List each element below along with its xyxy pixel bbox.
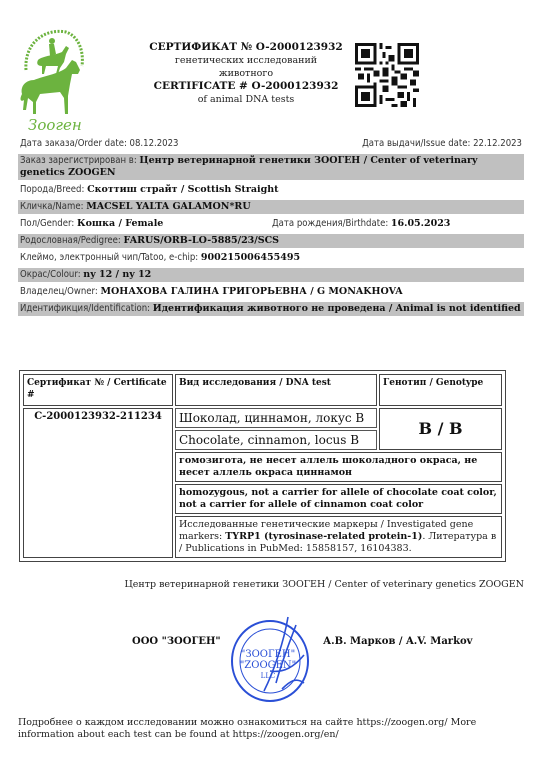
header-genotype: Генотип / Genotype (379, 374, 502, 406)
header-certificate: Сертификат № / Certificate # (23, 374, 173, 406)
certificate-subtitle-ru-1: генетических исследований (140, 54, 352, 67)
owner-label: Владелец/Owner: (20, 286, 101, 297)
order-date-label: Дата заказа/Order date: (20, 138, 130, 149)
header-dna-test: Вид исследования / DNA test (175, 374, 377, 406)
issue-date-value: 22.12.2023 (473, 138, 522, 149)
identification-row: Идентификция/Identification: Идентификац… (18, 302, 524, 316)
pedigree-label: Родословная/Pedigree: (20, 235, 124, 246)
breed-label: Порода/Breed: (20, 184, 87, 195)
birthdate-label: Дата рождения/Birthdate: (272, 218, 391, 229)
certificate-title-block: СЕРТИФИКАТ № O-2000123932 генетических и… (140, 41, 352, 106)
markers-info: Исследованные генетические маркеры / Inv… (175, 516, 502, 558)
issuing-center: Центр ветеринарной генетики ЗООГЕН / Cen… (124, 579, 524, 590)
owner-row: Владелец/Owner: МОНАХОВА ГАЛИНА ГРИГОРЬЕ… (18, 285, 524, 299)
gender-birth-row: Пол/Gender: Кошка / Female Дата рождения… (18, 217, 524, 231)
svg-text:Зooген: Зooген (28, 116, 82, 134)
birthdate: Дата рождения/Birthdate: 16.05.2023 (272, 218, 450, 230)
dna-test-table: Сертификат № / Certificate # Вид исследо… (19, 370, 506, 562)
colour-label: Окрас/Colour: (20, 269, 83, 280)
company-stamp-icon: "ЗООГЕН" "ZOOGEN" LLC (224, 611, 320, 707)
certificate-subtitle-en: of animal DNA tests (140, 93, 352, 106)
pedigree-row: Родословная/Pedigree: FARUS/ORB-LO-5885/… (18, 234, 524, 248)
issue-date-label: Дата выдачи/Issue date: (362, 138, 473, 149)
chip-row: Клеймо, электронный чип/Tatoo, e-chip: 9… (18, 251, 524, 265)
markers-gene: TYRP1 (tyrosinase-related protein-1) (225, 531, 422, 542)
svg-text:LLC: LLC (261, 672, 276, 680)
certificate-title-ru: СЕРТИФИКАТ № O-2000123932 (140, 41, 352, 54)
table-row: C-2000123932-211234 Шоколад, циннамон, л… (23, 408, 502, 428)
chip-label: Клеймо, электронный чип/Tatoo, e-chip: (20, 252, 201, 263)
certificate-header: Зooген СЕРТИФИКАТ № O-2000123932 генетич… (0, 0, 546, 136)
order-date-value: 08.12.2023 (130, 138, 179, 149)
zoogen-logo-icon: Зooген (16, 22, 86, 134)
name-value: MACSEL YALTA GALAMON*RU (86, 201, 250, 212)
name-label: Кличка/Name: (20, 201, 86, 212)
owner-value: МОНАХОВА ГАЛИНА ГРИГОРЬЕВНА / G MONAKHOV… (101, 286, 403, 297)
gender: Пол/Gender: Кошка / Female (20, 218, 272, 230)
test-name-ru: Шоколад, циннамон, локус B (175, 408, 377, 428)
gender-label: Пол/Gender: (20, 218, 77, 229)
colour-row: Окрас/Colour: ny 12 / ny 12 (18, 268, 524, 282)
dates-row: Дата заказа/Order date: 08.12.2023 Дата … (18, 137, 524, 151)
certificate-subtitle-ru-2: животного (140, 67, 352, 80)
gender-value: Кошка / Female (77, 218, 163, 229)
result-en: homozygous, not a carrier for allele of … (175, 484, 502, 514)
footer-more-info: Подробнее о каждом исследовании можно оз… (18, 717, 518, 741)
company-name: ООО "ЗООГЕН" (132, 636, 221, 647)
qr-code-icon[interactable] (355, 42, 419, 108)
pedigree-value: FARUS/ORB-LO-5885/23/SCS (124, 235, 280, 246)
birthdate-value: 16.05.2023 (391, 218, 451, 229)
genotype-value: B / B (379, 408, 502, 450)
name-row: Кличка/Name: MACSEL YALTA GALAMON*RU (18, 200, 524, 214)
signer-name: А.В. Марков / A.V. Markov (323, 636, 472, 647)
breed-row: Порода/Breed: Скоттиш страйт / Scottish … (18, 183, 524, 197)
order-date: Дата заказа/Order date: 08.12.2023 (20, 138, 178, 150)
certificate-title-en: CERTIFICATE # O-2000123932 (140, 80, 352, 93)
identification-value: Идентификация животного не проведена / A… (153, 303, 521, 314)
breed-value: Скоттиш страйт / Scottish Straight (87, 184, 278, 195)
certificate-number: C-2000123932-211234 (23, 408, 173, 558)
table-header-row: Сертификат № / Certificate # Вид исследо… (23, 374, 502, 406)
test-name-en: Chocolate, cinnamon, locus B (175, 430, 377, 450)
identification-label: Идентификция/Identification: (20, 303, 153, 314)
chip-value: 900215006455495 (201, 252, 300, 263)
registered-row: Заказ зарегистрирован в: Центр ветеринар… (18, 154, 524, 180)
colour-value: ny 12 / ny 12 (83, 269, 151, 280)
registered-label: Заказ зарегистрирован в: (20, 155, 139, 166)
animal-info-section: Дата заказа/Order date: 08.12.2023 Дата … (18, 137, 524, 319)
result-ru: гомозигота, не несет аллель шоколадного … (175, 452, 502, 482)
issue-date: Дата выдачи/Issue date: 22.12.2023 (362, 138, 522, 150)
